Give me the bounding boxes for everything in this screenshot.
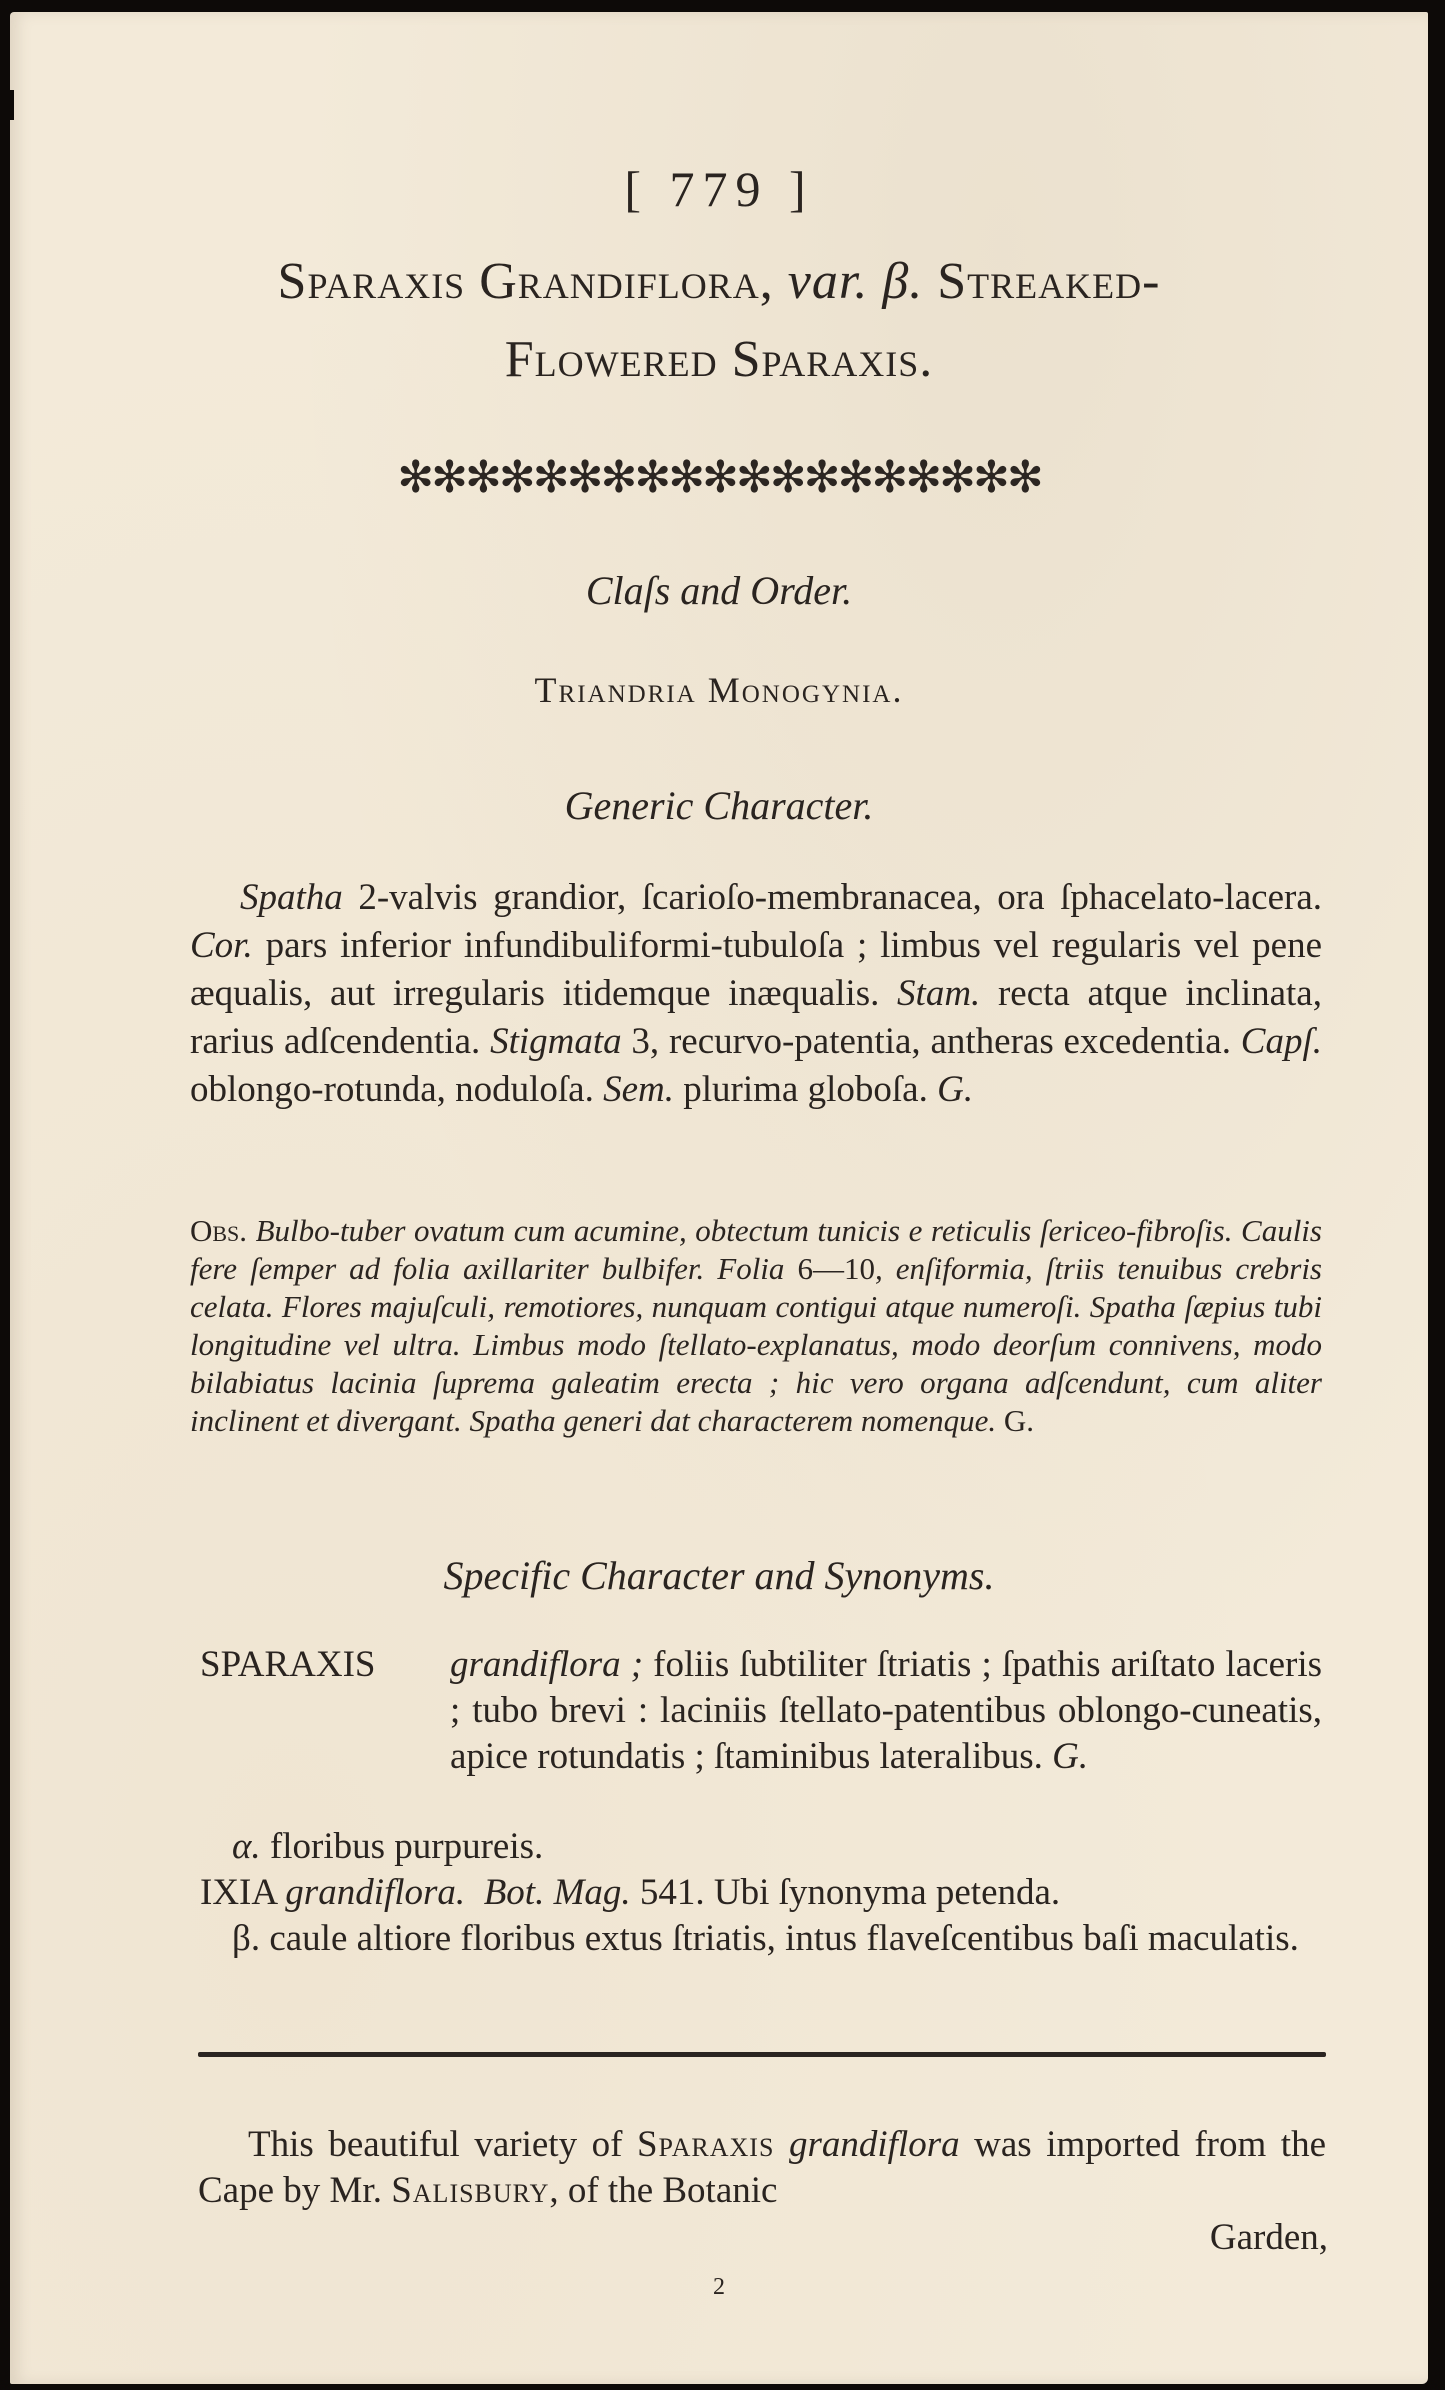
title-genus-species: Sparaxis Grandiflora, bbox=[278, 253, 774, 310]
observation-paragraph: Obs. Bulbo-tuber ovatum cum acumine, obt… bbox=[190, 1212, 1322, 1440]
text: 3, recurvo-patentia, antheras excedentia… bbox=[622, 1021, 1241, 1062]
generic-character-paragraph: Spatha 2-valvis grandior, ſcarioſo-membr… bbox=[190, 874, 1322, 1114]
author-sign: G. bbox=[1004, 1403, 1034, 1438]
title-var: var. bbox=[788, 253, 869, 310]
variety-alpha: α. floribus purpureis. bbox=[232, 1824, 543, 1870]
reference: Bot. Mag. bbox=[484, 1872, 631, 1913]
leaf-count: 6—10 bbox=[797, 1251, 875, 1286]
catchword: Garden, bbox=[1210, 2216, 1328, 2259]
synonym-genus: IXIA bbox=[200, 1872, 276, 1913]
term-caps: Capſ. bbox=[1241, 1021, 1322, 1062]
variety-beta: β. caule altiore floribus extus ſtriatis… bbox=[200, 1916, 1322, 1962]
term-cor: Cor. bbox=[190, 925, 253, 966]
main-text-paragraph: This beautiful variety of Sparaxis grand… bbox=[198, 2122, 1326, 2214]
title-streaked: Streaked- bbox=[937, 253, 1160, 310]
specific-character-heading: Specific Character and Synonyms. bbox=[10, 1552, 1428, 1599]
genus-name: Sparaxis bbox=[637, 2124, 774, 2165]
term-spatha: Spatha bbox=[240, 877, 343, 918]
horizontal-rule bbox=[198, 2052, 1326, 2057]
alpha-label: α. bbox=[232, 1826, 261, 1867]
text: oblongo-rotunda, noduloſa. bbox=[190, 1069, 603, 1110]
text: floribus purpureis. bbox=[261, 1826, 544, 1867]
class-order-value: Triandria Monogynia. bbox=[10, 669, 1428, 711]
genus-name: SPARAXIS bbox=[200, 1642, 376, 1688]
signature-mark: 2 bbox=[10, 2274, 1428, 2301]
title-greek: β. bbox=[882, 253, 923, 310]
text: 2-valvis grandior, ſcarioſo-membranacea,… bbox=[343, 877, 1322, 918]
author-sign: G. bbox=[937, 1069, 973, 1110]
term-stigmata: Stigmata bbox=[490, 1021, 622, 1062]
author-sign: G. bbox=[1052, 1736, 1088, 1777]
text: This beautiful variety of bbox=[248, 2124, 637, 2165]
person-name: Salisbury bbox=[391, 2170, 549, 2211]
term-stam: Stam. bbox=[897, 973, 980, 1014]
text: plurima globoſa. bbox=[674, 1069, 937, 1110]
text: , of the Botanic bbox=[549, 2170, 777, 2211]
plant-title-line-2: Flowered Sparaxis. bbox=[10, 330, 1428, 389]
obs-label: Obs. bbox=[190, 1213, 247, 1248]
page-edge-damage bbox=[0, 90, 14, 120]
class-order-heading: Claſs and Order. bbox=[10, 567, 1428, 614]
species-name: grandiflora ; bbox=[450, 1644, 643, 1685]
text: Ubi ſynonyma petenda. bbox=[705, 1872, 1061, 1913]
page-number: [ 779 ] bbox=[10, 160, 1428, 218]
book-page: [ 779 ] Sparaxis Grandiflora, var. β. St… bbox=[10, 12, 1428, 2384]
generic-character-heading: Generic Character. bbox=[10, 782, 1428, 829]
synonym-species: grandiflora. bbox=[285, 1872, 465, 1913]
reference-number: 541. bbox=[631, 1872, 705, 1913]
text: caule altiore floribus extus ſtriatis, i… bbox=[260, 1918, 1299, 1959]
species-name: grandiflora bbox=[789, 2124, 960, 2165]
specific-description: grandiflora ; foliis ſubtiliter ſtriatis… bbox=[450, 1642, 1322, 1780]
space bbox=[774, 2124, 789, 2165]
ornament-divider: ✻✻✻✻✻✻✻✻✻✻✻✻✻✻✻✻✻✻✻ bbox=[10, 452, 1428, 503]
page-edge-damage bbox=[0, 160, 8, 1560]
plant-title-line-1: Sparaxis Grandiflora, var. β. Streaked- bbox=[10, 252, 1428, 311]
beta-label: β. bbox=[232, 1918, 260, 1959]
term-sem: Sem. bbox=[603, 1069, 674, 1110]
synonym-ixia: IXIA grandiflora. Bot. Mag. 541. Ubi ſyn… bbox=[200, 1870, 1060, 1916]
